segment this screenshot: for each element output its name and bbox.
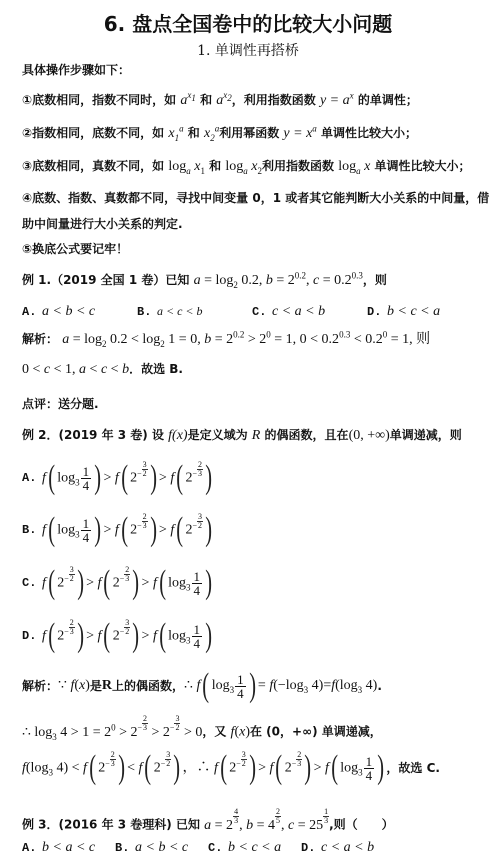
intro-text: 具体操作步骤如下：: [22, 62, 130, 78]
page-title: 6. 盘点全国卷中的比较大小问题: [0, 8, 496, 37]
step-4: ④底数、指数、真数都不同，寻找中间变量 0，1 或者其它能判断大小关系的中间量，…: [22, 190, 489, 206]
math-loga-x: loga x: [338, 159, 370, 174]
example-3-given: a = 243, b = 425, c = 2513: [204, 818, 329, 833]
example-1-given: a = log2 0.2, b = 20.2, c = 0.20.3: [194, 273, 363, 288]
example-1-conclusion: 0 < c < 1, a < c < b: [22, 362, 129, 377]
example-1-option-c[interactable]: C.c < a < b: [252, 300, 325, 320]
example-2-solution-math2: ∴ f(log314)= f(−log3 4)=f(log3 4): [184, 669, 377, 703]
example-1-solution-line2: 0 < c < 1, a < c < b．故选 B.: [22, 361, 183, 378]
example-1-option-b[interactable]: B.a < c < b: [137, 300, 203, 319]
math-a-x2: ax2: [216, 93, 232, 108]
step-2: ②指数相同，底数不同，如 x1a 和 x2a利用幂函数 y = xa 单调性比较…: [22, 125, 417, 142]
math-interval: (0, +∞): [349, 428, 390, 443]
example-2-solution-line2: ∴ log3 4 > 1 = 20 > 2−23 > 2−32 > 0，又 f(…: [22, 715, 382, 741]
example-2-option-b-math: f(log314)> f(2−23)> f(2−32): [42, 513, 214, 547]
example-2-option-d[interactable]: D. f(2−23)> f(2−32)> f(log314): [22, 616, 214, 656]
step-marker: ①: [22, 93, 32, 107]
example-2-solution-math4: f(log3 4) < f(2−23)< f(2−32)，∴ f(2−32)> …: [22, 751, 386, 785]
example-2-option-d-math: f(2−23)> f(2−32)> f(log314): [42, 619, 214, 653]
example-1-solution: 解析： a = log2 0.2 < log2 1 = 0, b = 20.2 …: [22, 331, 430, 348]
math-R: R: [252, 428, 261, 443]
step-1: ①底数相同，指数不同时，如 ax1 和 ax2，利用指数函数 y = ax 的单…: [22, 92, 418, 109]
step-5: ⑤换底公式要记牢！: [22, 241, 128, 257]
math-loga-x2: loga x2: [225, 159, 262, 174]
example-2-option-b[interactable]: B. f(log314)> f(2−23)> f(2−32): [22, 510, 214, 550]
step-3: ③底数相同，真数不同，如 loga x1 和 loga x2利用指数函数 log…: [22, 158, 471, 175]
example-3-question: 例 3．(2016 年 3 卷理科) 已知 a = 243, b = 425, …: [22, 808, 394, 834]
example-2-option-c-math: f(2−32)> f(2−23)> f(log314): [42, 566, 214, 600]
example-1-option-a[interactable]: A.a < b < c: [22, 300, 95, 320]
example-2-option-a-math: f(log314)> f(2−32)> f(2−23): [42, 461, 214, 495]
example-3-option-c[interactable]: C.b < c < a: [208, 836, 281, 856]
section-title: 1. 单调性再搭桥: [0, 40, 496, 60]
example-2-solution-line1: 解析： ∵ f(x) 是R上的偶函数， ∴ f(log314)= f(−log3…: [22, 668, 382, 704]
math-x2-a: x2a: [204, 126, 219, 141]
example-2-solution-line3: f(log3 4) < f(2−23)< f(2−32)，∴ f(2−32)> …: [22, 746, 440, 790]
example-3-option-a[interactable]: A.b < a < c: [22, 836, 95, 856]
example-1-question: 例 1.（2019 全国 1 卷）已知 a = log2 0.2, b = 20…: [22, 272, 387, 289]
example-2-question: 例 2．(2019 年 3 卷) 设 f(x)是定义域为 R 的偶函数，且在(0…: [22, 427, 462, 444]
example-3-option-d[interactable]: D.c < a < b: [301, 836, 374, 856]
math-y-ax: y = ax: [320, 93, 354, 108]
math-x1-a: x1a: [168, 126, 183, 141]
example-2-solution-math3: ∴ log3 4 > 1 = 20 > 2−23 > 2−32 > 0: [22, 725, 202, 740]
math-fx: f(x): [168, 428, 187, 443]
example-2-option-c[interactable]: C. f(2−32)> f(2−23)> f(log314): [22, 563, 214, 603]
example-2-solution-math1: ∵ f(x): [58, 678, 90, 694]
example-1-solution-math: a = log2 0.2 < log2 1 = 0, b = 20.2 > 20…: [62, 332, 430, 347]
example-1-comment: 点评：送分题.: [22, 396, 99, 412]
math-y-xa: y = xa: [283, 126, 316, 141]
math-loga-x1: loga x1: [168, 159, 205, 174]
example-1-option-d[interactable]: D.b < c < a: [367, 300, 440, 320]
math-a-x1: ax1: [180, 93, 196, 108]
step-4-continued: 助中间量进行大小关系的判定.: [22, 216, 183, 232]
example-3-option-b[interactable]: B.a < b < c: [115, 836, 188, 856]
example-2-option-a[interactable]: A. f(log314)> f(2−32)> f(2−23): [22, 458, 214, 498]
